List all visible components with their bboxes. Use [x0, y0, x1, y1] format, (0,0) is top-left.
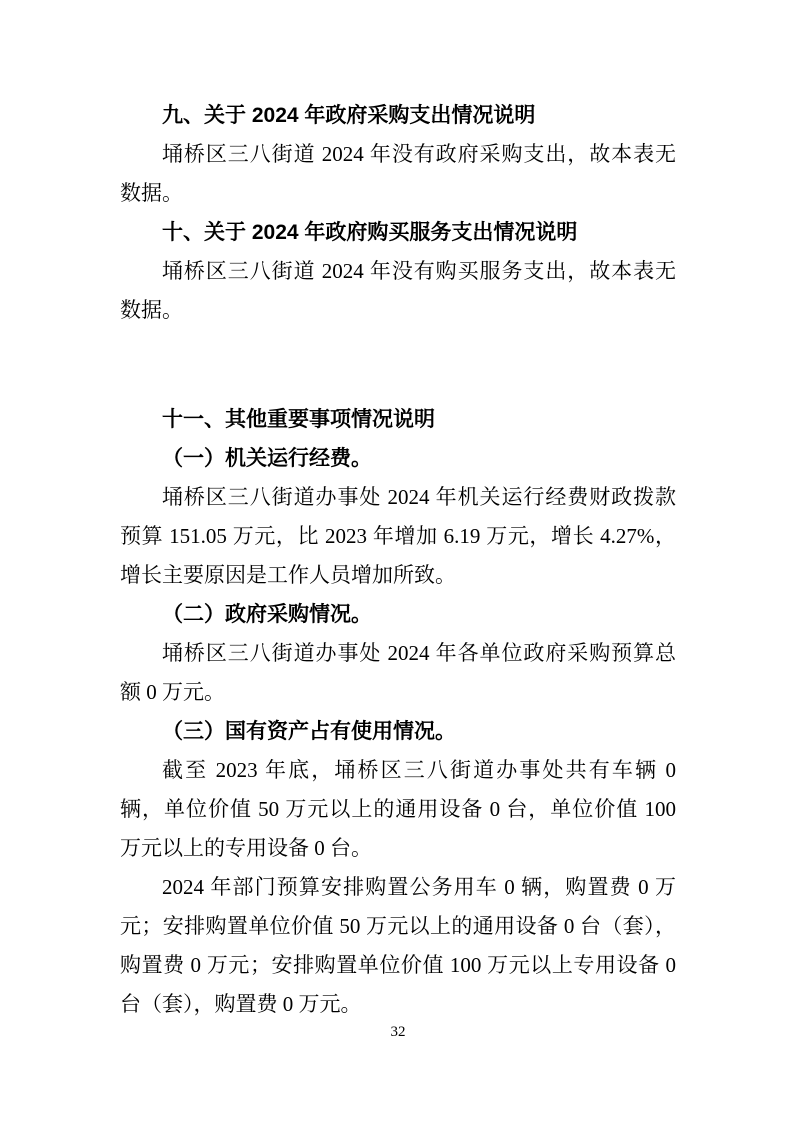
- section-10-paragraph-1: 埇桥区三八街道 2024 年没有购买服务支出，故本表无数据。: [120, 252, 676, 330]
- page-number: 32: [120, 1022, 676, 1042]
- section-10-heading: 十、关于 2024 年政府购买服务支出情况说明: [120, 213, 676, 252]
- section-11: 十一、其他重要事项情况说明 （一）机关运行经费。 埇桥区三八街道办事处 2024…: [120, 400, 676, 1024]
- subsection-11-1: （一）机关运行经费。 埇桥区三八街道办事处 2024 年机关运行经费财政拨款预算…: [120, 439, 676, 595]
- document-page: 九、关于 2024 年政府采购支出情况说明 埇桥区三八街道 2024 年没有政府…: [0, 0, 793, 1122]
- section-9-heading: 九、关于 2024 年政府采购支出情况说明: [120, 96, 676, 135]
- subsection-11-3-heading: （三）国有资产占有使用情况。: [120, 712, 676, 751]
- subsection-11-3-paragraph-1: 截至 2023 年底，埇桥区三八街道办事处共有车辆 0 辆，单位价值 50 万元…: [120, 751, 676, 868]
- subsection-11-2-heading: （二）政府采购情况。: [120, 595, 676, 634]
- section-9-paragraph-1: 埇桥区三八街道 2024 年没有政府采购支出，故本表无数据。: [120, 135, 676, 213]
- document-content: 九、关于 2024 年政府采购支出情况说明 埇桥区三八街道 2024 年没有政府…: [120, 96, 676, 1024]
- subsection-11-1-paragraph-1: 埇桥区三八街道办事处 2024 年机关运行经费财政拨款预算 151.05 万元，…: [120, 478, 676, 595]
- section-9: 九、关于 2024 年政府采购支出情况说明 埇桥区三八街道 2024 年没有政府…: [120, 96, 676, 213]
- subsection-11-3-paragraph-2: 2024 年部门预算安排购置公务用车 0 辆，购置费 0 万元；安排购置单位价值…: [120, 868, 676, 1024]
- subsection-11-2: （二）政府采购情况。 埇桥区三八街道办事处 2024 年各单位政府采购预算总额 …: [120, 595, 676, 712]
- section-11-heading: 十一、其他重要事项情况说明: [120, 400, 676, 439]
- subsection-11-3: （三）国有资产占有使用情况。 截至 2023 年底，埇桥区三八街道办事处共有车辆…: [120, 712, 676, 1024]
- subsection-11-1-heading: （一）机关运行经费。: [120, 439, 676, 478]
- section-10: 十、关于 2024 年政府购买服务支出情况说明 埇桥区三八街道 2024 年没有…: [120, 213, 676, 330]
- subsection-11-2-paragraph-1: 埇桥区三八街道办事处 2024 年各单位政府采购预算总额 0 万元。: [120, 634, 676, 712]
